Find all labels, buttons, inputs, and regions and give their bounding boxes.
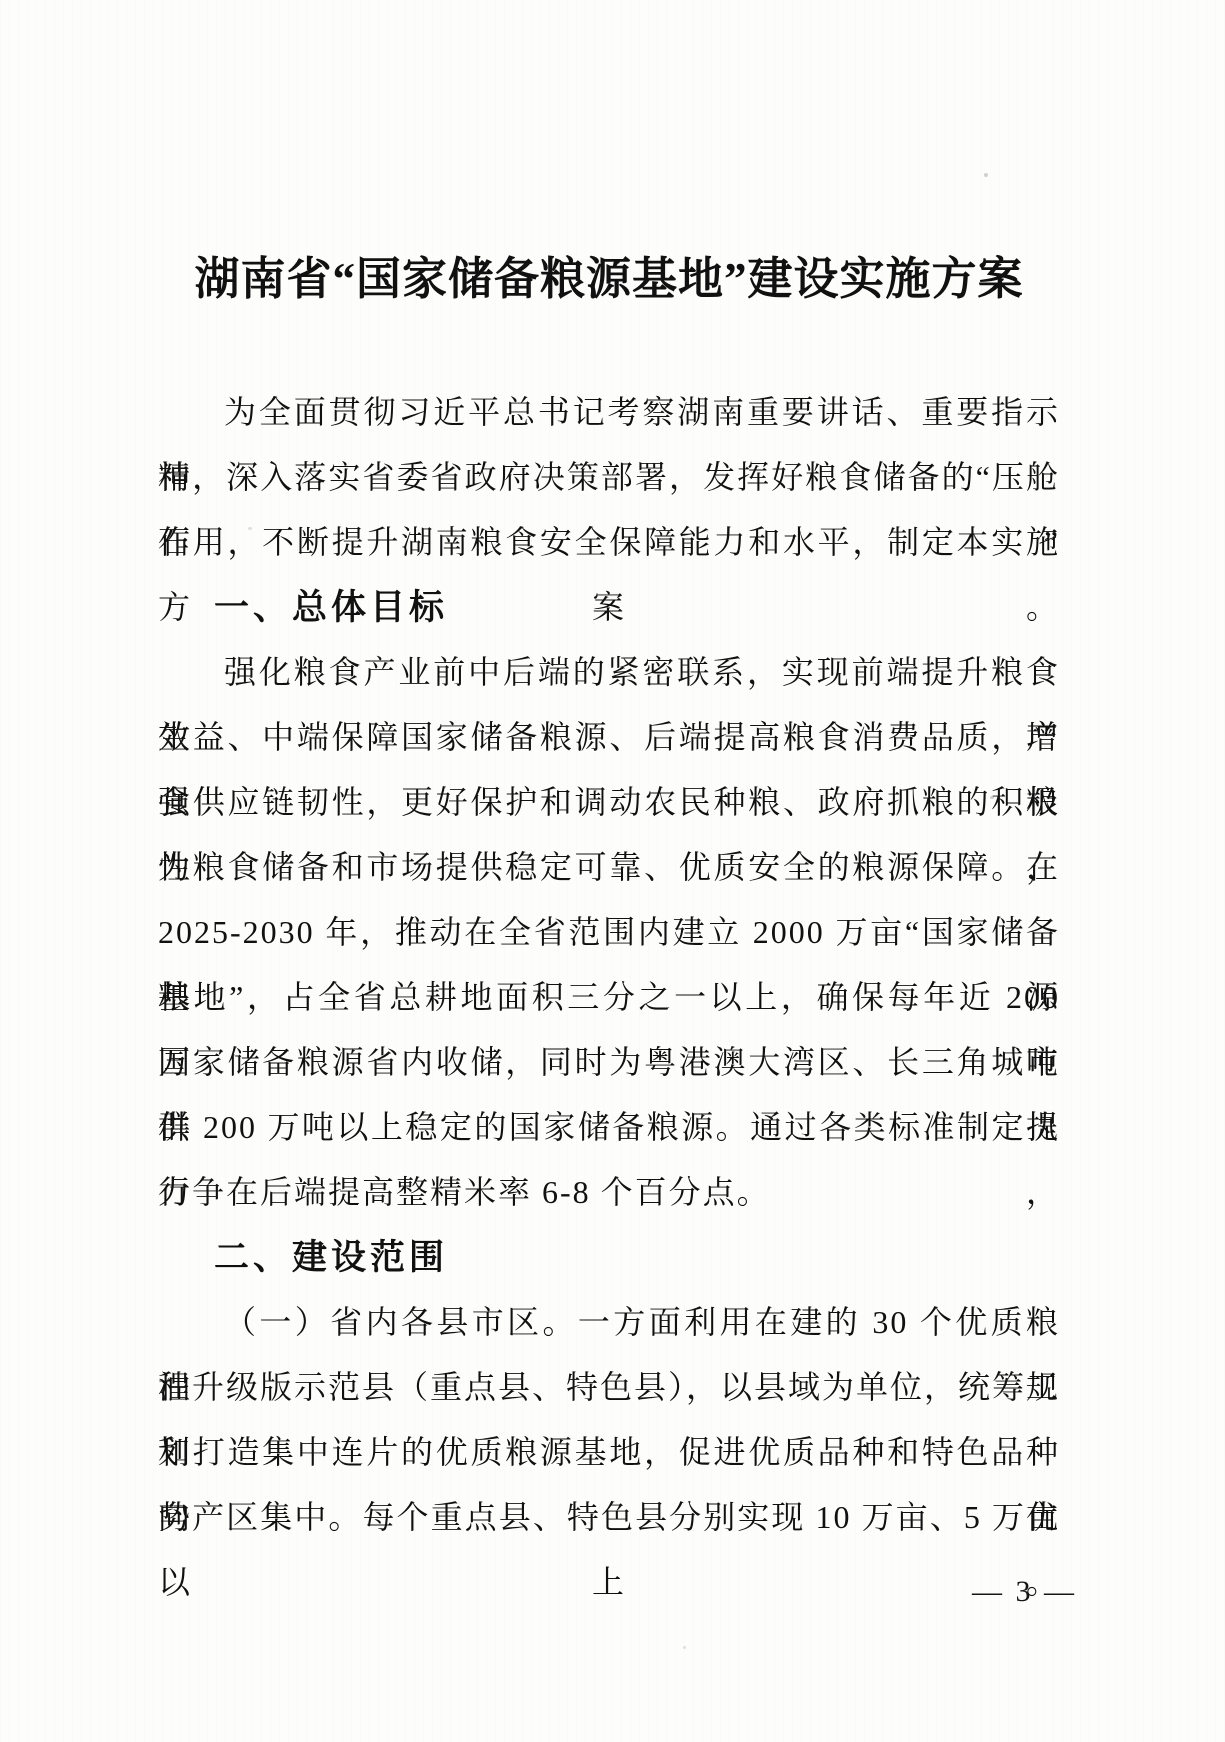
paragraph-3-line-1: （一）省内各县市区。一方面利用在建的 30 个优质粮油工 — [158, 1290, 1060, 1355]
paragraph-2-line-5: 2025-2030 年，推动在全省范围内建立 2000 万亩“国家储备粮源 — [158, 900, 1060, 965]
paragraph-2-line-2: 效益、中端保障国家储备粮源、后端提高粮食消费品质，增强粮 — [158, 705, 1060, 770]
paragraph-2-line-6: 基地”，占全省总耕地面积三分之一以上，确保每年近 200 万吨 — [158, 965, 1060, 1030]
paragraph-1-line-1: 为全面贯彻习近平总书记考察湖南重要讲话、重要指示精 — [158, 380, 1060, 445]
paragraph-2-line-3: 食供应链韧性，更好保护和调动农民种粮、政府抓粮的积极性， — [158, 770, 1060, 835]
page-number: — 3 — — [972, 1572, 1077, 1612]
paragraph-3-line-4: 势产区集中。每个重点县、特色县分别实现 10 万亩、5 万亩以上。 — [158, 1485, 1060, 1550]
document-content: 湖南省“国家储备粮源基地”建设实施方案 为全面贯彻习近平总书记考察湖南重要讲话、… — [158, 248, 1060, 1550]
scan-speck — [984, 173, 988, 177]
scan-speck — [248, 527, 252, 530]
paragraph-3-line-3: 和打造集中连片的优质粮源基地，促进优质品种和特色品种向优 — [158, 1420, 1060, 1485]
scan-speck — [990, 796, 994, 799]
scanned-document-page: 湖南省“国家储备粮源基地”建设实施方案 为全面贯彻习近平总书记考察湖南重要讲话、… — [0, 0, 1225, 1742]
paragraph-2-line-1: 强化粮食产业前中后端的紧密联系，实现前端提升粮食生产 — [158, 640, 1060, 705]
paragraph-1-line-3: 作用，不断提升湖南粮食安全保障能力和水平，制定本实施方案。 — [158, 510, 1060, 575]
paragraph-1-line-2: 神，深入落实省委省政府决策部署，发挥好粮食储备的“压舱石” — [158, 445, 1060, 510]
section-heading-construction-scope: 二、建设范围 — [158, 1225, 1060, 1290]
paragraph-2-line-4: 为粮食储备和市场提供稳定可靠、优质安全的粮源保障。在 — [158, 835, 1060, 900]
paragraph-3-line-2: 程升级版示范县（重点县、特色县），以县域为单位，统筹规划 — [158, 1355, 1060, 1420]
paragraph-2-line-8: 供 200 万吨以上稳定的国家储备粮源。通过各类标准制定执行， — [158, 1095, 1060, 1160]
document-body: 为全面贯彻习近平总书记考察湖南重要讲话、重要指示精 神，深入落实省委省政府决策部… — [158, 380, 1060, 1550]
scan-speck — [683, 1646, 686, 1649]
paragraph-2-line-7: 国家储备粮源省内收储，同时为粤港澳大湾区、长三角城市群提 — [158, 1030, 1060, 1095]
document-title: 湖南省“国家储备粮源基地”建设实施方案 — [158, 248, 1060, 310]
